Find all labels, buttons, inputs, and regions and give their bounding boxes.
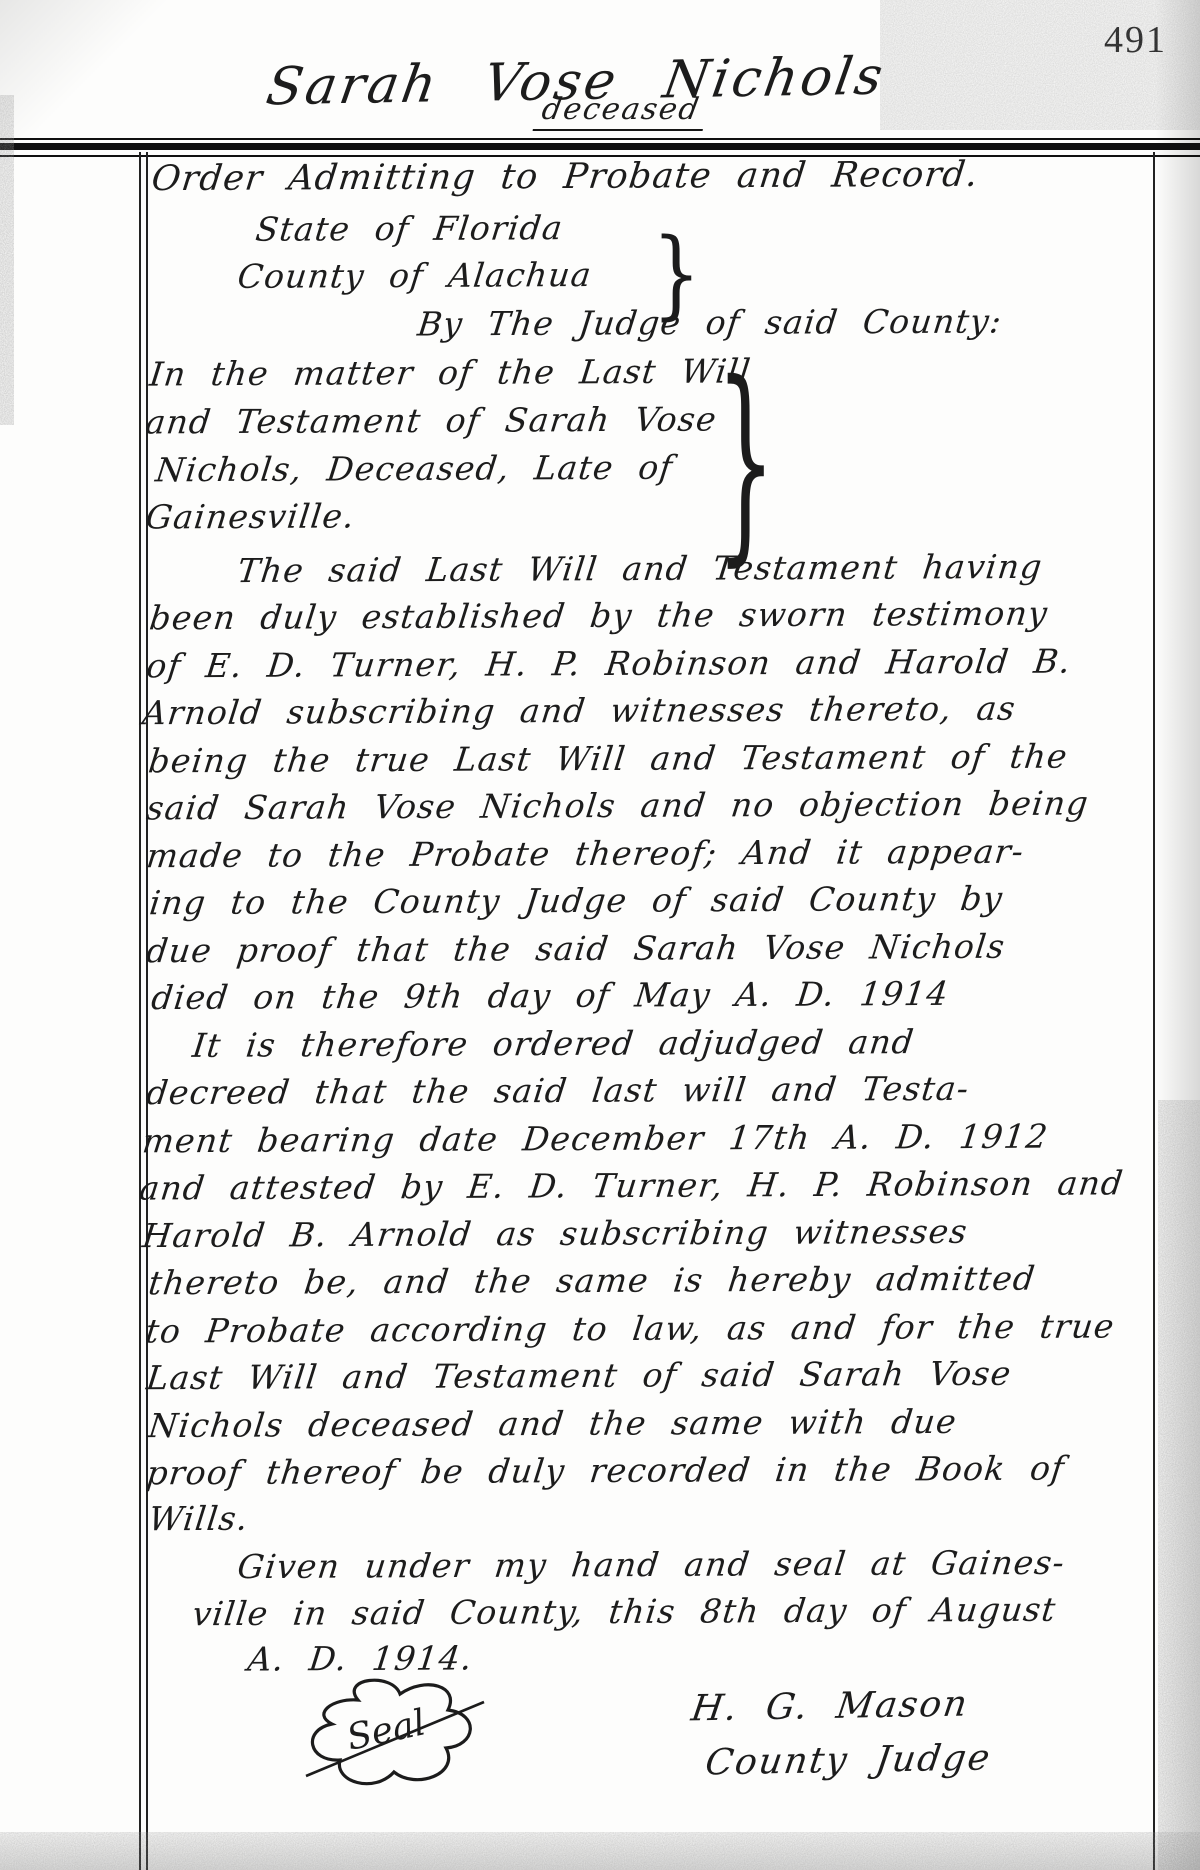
scan-noise-overlay — [0, 0, 1200, 1870]
noise-left-edge — [0, 95, 14, 425]
noise-right-edge — [1158, 1100, 1200, 1870]
noise-top-right — [880, 0, 1200, 130]
noise-bottom-edge — [0, 1832, 1200, 1870]
